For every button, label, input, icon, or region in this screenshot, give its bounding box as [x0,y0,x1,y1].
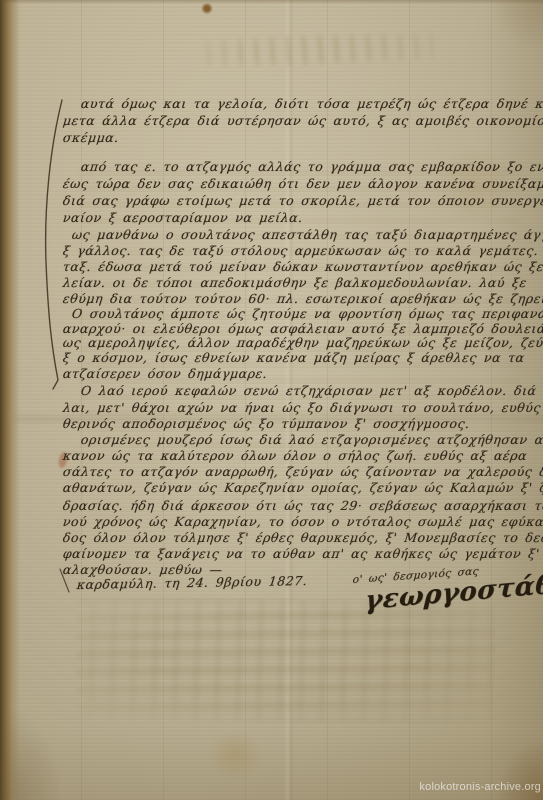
manuscript-text: αυτά όμως και τα γελοία, διότι τόσα μετρ… [0,0,543,800]
manuscript-line: ξ γάλλος. τας δε ταξύ στόλους αρμεύκωσαν… [62,244,543,258]
manuscript-line: λείαν. οι δε τόποι απεδοκιμάσθην ξε βαλκ… [62,276,528,290]
manuscript-line: ατζαίσερεν όσον δημάγμαρε. [62,367,268,381]
manuscript-line: αθανάτων, ζεύγαν ώς Καρεζηνίαν ομοίας, ζ… [62,481,543,495]
manuscript-line: εθύμη δια τούτον τούτον 60· πλ. εσωτερικ… [62,292,543,306]
manuscript-line: δρασίας. ήδη διά άρκεσον ότι ώς τας 29· … [62,499,543,513]
manuscript-line: ως αμεροληψίες, άλλον παραδέχθην μαζηρεύ… [62,336,543,350]
manuscript-line: κανον ώς τα καλύτερον όλων όλον ο σήλος … [62,449,528,463]
manuscript-line: σκέμμα. [62,131,120,145]
manuscript-line: λαι, μετ' θάχοι αχών να ήναι ώς ξο διάγν… [62,401,543,415]
scanned-letter-page: αυτά όμως και τα γελοία, διότι τόσα μετρ… [0,0,543,800]
manuscript-line: θερινός αποδορισμένος ώς ξο τύμπανον ξ' … [62,417,471,431]
manuscript-line: σάλτες το ατζαγόν αναρρωθή, ζεύγαν ώς ζα… [62,465,543,479]
manuscript-line: ως μανθάνω ο σουλτάνος απεστάλθη τας ταξ… [71,228,543,242]
manuscript-line: ξ ο κόσμον, ίσως εθνείων κανένα μάζη μεί… [62,351,525,365]
manuscript-line: αναρχού· οι ελεύθεροι όμως ασφάλειαν αυτ… [62,322,543,336]
manuscript-line: ναίον ξ αεροσταρίαμον να μείλα. [62,211,304,225]
manuscript-line: από τας ε. το ατζαγμός αλλάς το γράμμα σ… [80,160,543,174]
manuscript-line: Ο λαό ιερού κεφαλών σενώ ετζηχάρισαν μετ… [80,384,543,398]
manuscript-line: μετα άλλα έτζερα διά υστέρησαν ώς αυτό, … [62,114,543,128]
manuscript-line: έως τώρα δεν σας εδικαιώθη ότι δεν μεν ά… [62,177,543,191]
manuscript-line: νού χρόνος ώς Καραχηνίαν, το όσον ο ντότ… [62,515,543,529]
manuscript-dateline: καρδαμύλη. τη 24. 9βρίου 1827. [76,574,308,592]
manuscript-line: αυτά όμως και τα γελοία, διότι τόσα μετρ… [80,97,543,111]
manuscript-line: δος όλον όλον τόλμησε ξ' έρθες θαρυκεμός… [62,531,543,545]
manuscript-line: ορισμένες μουζερό ίσως διά λαό ετζαγορισ… [80,433,543,447]
manuscript-line: ταξ. έδωσα μετά τού μείναν δώκαν κωνσταν… [62,260,543,274]
watermark: kolokotronis-archive.org [419,781,541,793]
manuscript-line: Ο σουλτάνος άμποτε ώς ζητούμε να φροντίσ… [71,307,543,321]
manuscript-line: φαίνομεν τα ξανάγεις να το αύθαν απ' ας … [62,547,543,561]
manuscript-line: διά σας γράφω ετοίμως μετά το σκορίλε, μ… [62,194,543,208]
